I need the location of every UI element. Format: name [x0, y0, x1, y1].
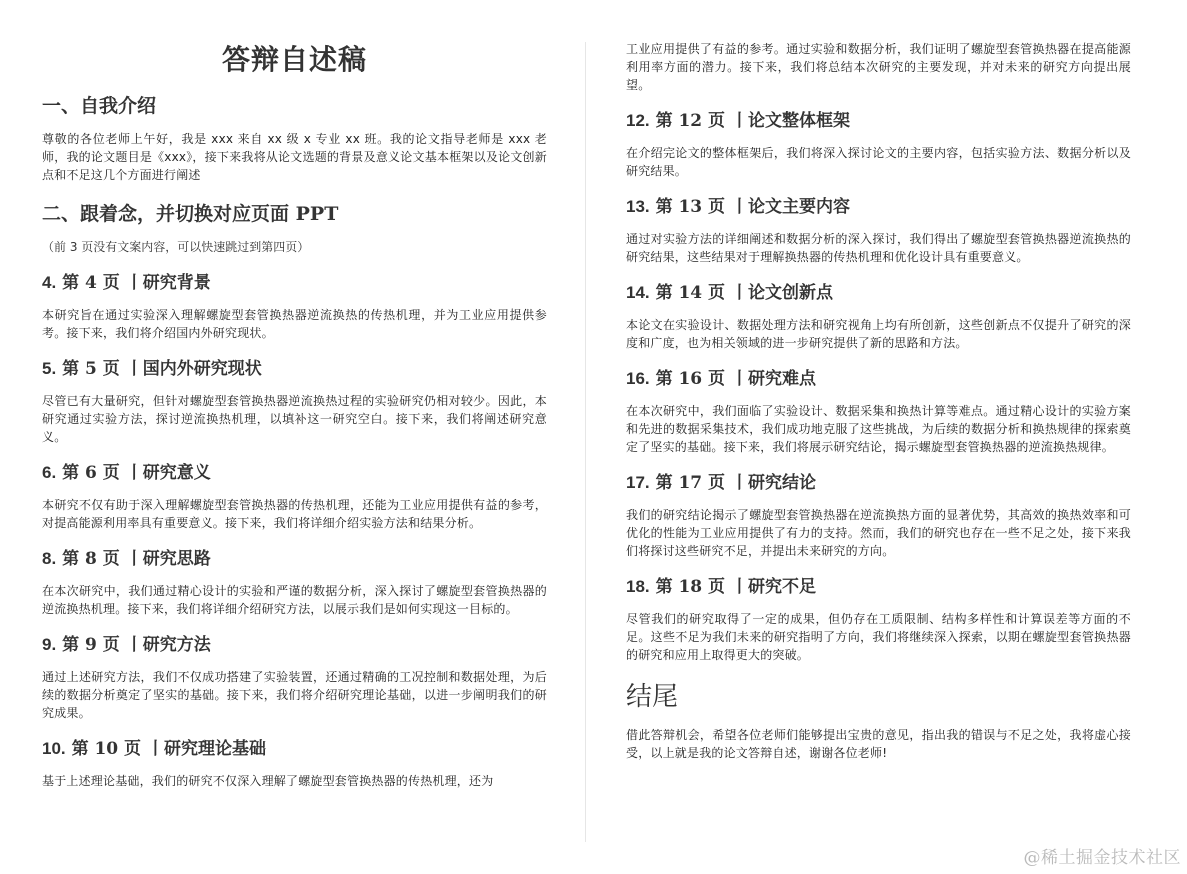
page-heading-label: 第 18 页	[656, 577, 726, 597]
section-heading-self-intro: 一、自我介绍	[42, 92, 547, 120]
section-heading-follow-ppt: 二、跟着念，并切换对应页面 PPT	[42, 200, 547, 228]
page-5-paragraph: 尽管已有大量研究，但针对螺旋型套管换热器逆流换热过程的实验研究仍相对较少。因此，…	[42, 392, 547, 446]
page-heading-18: 18. 第 18 页 丨研究不足	[626, 574, 1131, 600]
page-heading-label: 第 13 页	[656, 197, 726, 217]
left-column: 答辩自述稿 一、自我介绍 尊敬的各位老师上午好，我是 xxx 来自 xx 级 x…	[42, 40, 547, 790]
page-heading-label: 第 4 页	[62, 273, 120, 293]
page-13-paragraph: 通过对实验方法的详细阐述和数据分析的深入探讨，我们得出了螺旋型套管换热器逆流换热…	[626, 230, 1131, 266]
page-heading-number: 14.	[626, 283, 650, 302]
page-heading-label: 第 14 页	[656, 283, 726, 303]
page-heading-topic: 研究不足	[748, 577, 816, 597]
page-heading-4: 4. 第 4 页 丨研究背景	[42, 270, 547, 296]
page-heading-topic: 研究难点	[748, 369, 816, 389]
page-heading-10: 10. 第 10 页 丨研究理论基础	[42, 736, 547, 762]
page-heading-8: 8. 第 8 页 丨研究思路	[42, 546, 547, 572]
page-heading-13: 13. 第 13 页 丨论文主要内容	[626, 194, 1131, 220]
page-heading-label: 第 6 页	[62, 463, 120, 483]
page-heading-number: 8.	[42, 549, 56, 568]
page-heading-separator: 丨	[731, 473, 748, 493]
page-heading-topic: 国内外研究现状	[143, 359, 262, 379]
page-heading-separator: 丨	[731, 111, 748, 131]
page-14-paragraph: 本论文在实验设计、数据处理方法和研究视角上均有所创新，这些创新点不仅提升了研究的…	[626, 316, 1131, 352]
page-18-paragraph: 尽管我们的研究取得了一定的成果，但仍存在工质限制、结构多样性和计算误差等方面的不…	[626, 610, 1131, 664]
page-9-paragraph: 通过上述研究方法，我们不仅成功搭建了实验装置，还通过精确的工况控制和数据处理，为…	[42, 668, 547, 722]
page-heading-number: 17.	[626, 473, 650, 492]
ending-heading: 结尾	[626, 678, 1131, 716]
page-heading-5: 5. 第 5 页 丨国内外研究现状	[42, 356, 547, 382]
right-column: 工业应用提供了有益的参考。通过实验和数据分析，我们证明了螺旋型套管换热器在提高能…	[626, 40, 1131, 762]
page-heading-label: 第 9 页	[62, 635, 120, 655]
ending-paragraph: 借此答辩机会，希望各位老师们能够提出宝贵的意见，指出我的错误与不足之处，我将虚心…	[626, 726, 1131, 762]
document-title: 答辩自述稿	[42, 40, 547, 80]
page-heading-topic: 研究意义	[143, 463, 211, 483]
page-heading-separator: 丨	[126, 549, 143, 569]
page-heading-number: 6.	[42, 463, 56, 482]
page-heading-separator: 丨	[126, 273, 143, 293]
page-heading-separator: 丨	[126, 635, 143, 655]
page-heading-topic: 论文主要内容	[748, 197, 850, 217]
document-page: 答辩自述稿 一、自我介绍 尊敬的各位老师上午好，我是 xxx 来自 xx 级 x…	[0, 0, 1187, 874]
page-heading-separator: 丨	[731, 197, 748, 217]
page-heading-topic: 研究背景	[143, 273, 211, 293]
page-heading-topic: 研究方法	[143, 635, 211, 655]
page-heading-number: 16.	[626, 369, 650, 388]
page-heading-16: 16. 第 16 页 丨研究难点	[626, 366, 1131, 392]
page-heading-6: 6. 第 6 页 丨研究意义	[42, 460, 547, 486]
page-heading-label: 第 8 页	[62, 549, 120, 569]
page-heading-14: 14. 第 14 页 丨论文创新点	[626, 280, 1131, 306]
column-divider	[585, 42, 586, 842]
page-heading-topic: 研究理论基础	[164, 739, 266, 759]
page-heading-separator: 丨	[731, 369, 748, 389]
page-10-continuation-paragraph: 工业应用提供了有益的参考。通过实验和数据分析，我们证明了螺旋型套管换热器在提高能…	[626, 40, 1131, 94]
page-heading-separator: 丨	[126, 359, 143, 379]
page-heading-label: 第 12 页	[656, 111, 726, 131]
page-16-paragraph: 在本次研究中，我们面临了实验设计、数据采集和换热计算等难点。通过精心设计的实验方…	[626, 402, 1131, 456]
watermark-text: @稀土掘金技术社区	[1024, 843, 1182, 868]
page-heading-topic: 研究结论	[748, 473, 816, 493]
page-4-paragraph: 本研究旨在通过实验深入理解螺旋型套管换热器逆流换热的传热机理，并为工业应用提供参…	[42, 306, 547, 342]
page-12-paragraph: 在介绍完论文的整体框架后，我们将深入探讨论文的主要内容，包括实验方法、数据分析以…	[626, 144, 1131, 180]
page-heading-topic: 研究思路	[143, 549, 211, 569]
page-heading-separator: 丨	[731, 283, 748, 303]
page-heading-separator: 丨	[126, 463, 143, 483]
page-heading-9: 9. 第 9 页 丨研究方法	[42, 632, 547, 658]
page-heading-number: 4.	[42, 273, 56, 292]
page-heading-label: 第 16 页	[656, 369, 726, 389]
page-heading-number: 18.	[626, 577, 650, 596]
self-intro-paragraph: 尊敬的各位老师上午好，我是 xxx 来自 xx 级 x 专业 xx 班。我的论文…	[42, 130, 547, 184]
page-heading-label: 第 5 页	[62, 359, 120, 379]
page-heading-number: 12.	[626, 111, 650, 130]
page-heading-separator: 丨	[731, 577, 748, 597]
page-heading-12: 12. 第 12 页 丨论文整体框架	[626, 108, 1131, 134]
page-17-paragraph: 我们的研究结论揭示了螺旋型套管换热器在逆流换热方面的显著优势，其高效的换热效率和…	[626, 506, 1131, 560]
page-heading-topic: 论文创新点	[748, 283, 833, 303]
page-heading-number: 5.	[42, 359, 56, 378]
page-heading-label: 第 10 页	[72, 739, 142, 759]
page-heading-number: 9.	[42, 635, 56, 654]
page-heading-separator: 丨	[147, 739, 164, 759]
page-heading-topic: 论文整体框架	[748, 111, 850, 131]
page-10-paragraph: 基于上述理论基础，我们的研究不仅深入理解了螺旋型套管换热器的传热机理，还为	[42, 772, 547, 790]
page-heading-number: 10.	[42, 739, 66, 758]
page-6-paragraph: 本研究不仅有助于深入理解螺旋型套管换热器的传热机理，还能为工业应用提供有益的参考…	[42, 496, 547, 532]
page-8-paragraph: 在本次研究中，我们通过精心设计的实验和严谨的数据分析，深入探讨了螺旋型套管换热器…	[42, 582, 547, 618]
page-heading-17: 17. 第 17 页 丨研究结论	[626, 470, 1131, 496]
page-heading-number: 13.	[626, 197, 650, 216]
skip-note: （前 3 页没有文案内容，可以快速跳过到第四页）	[42, 238, 547, 256]
page-heading-label: 第 17 页	[656, 473, 726, 493]
